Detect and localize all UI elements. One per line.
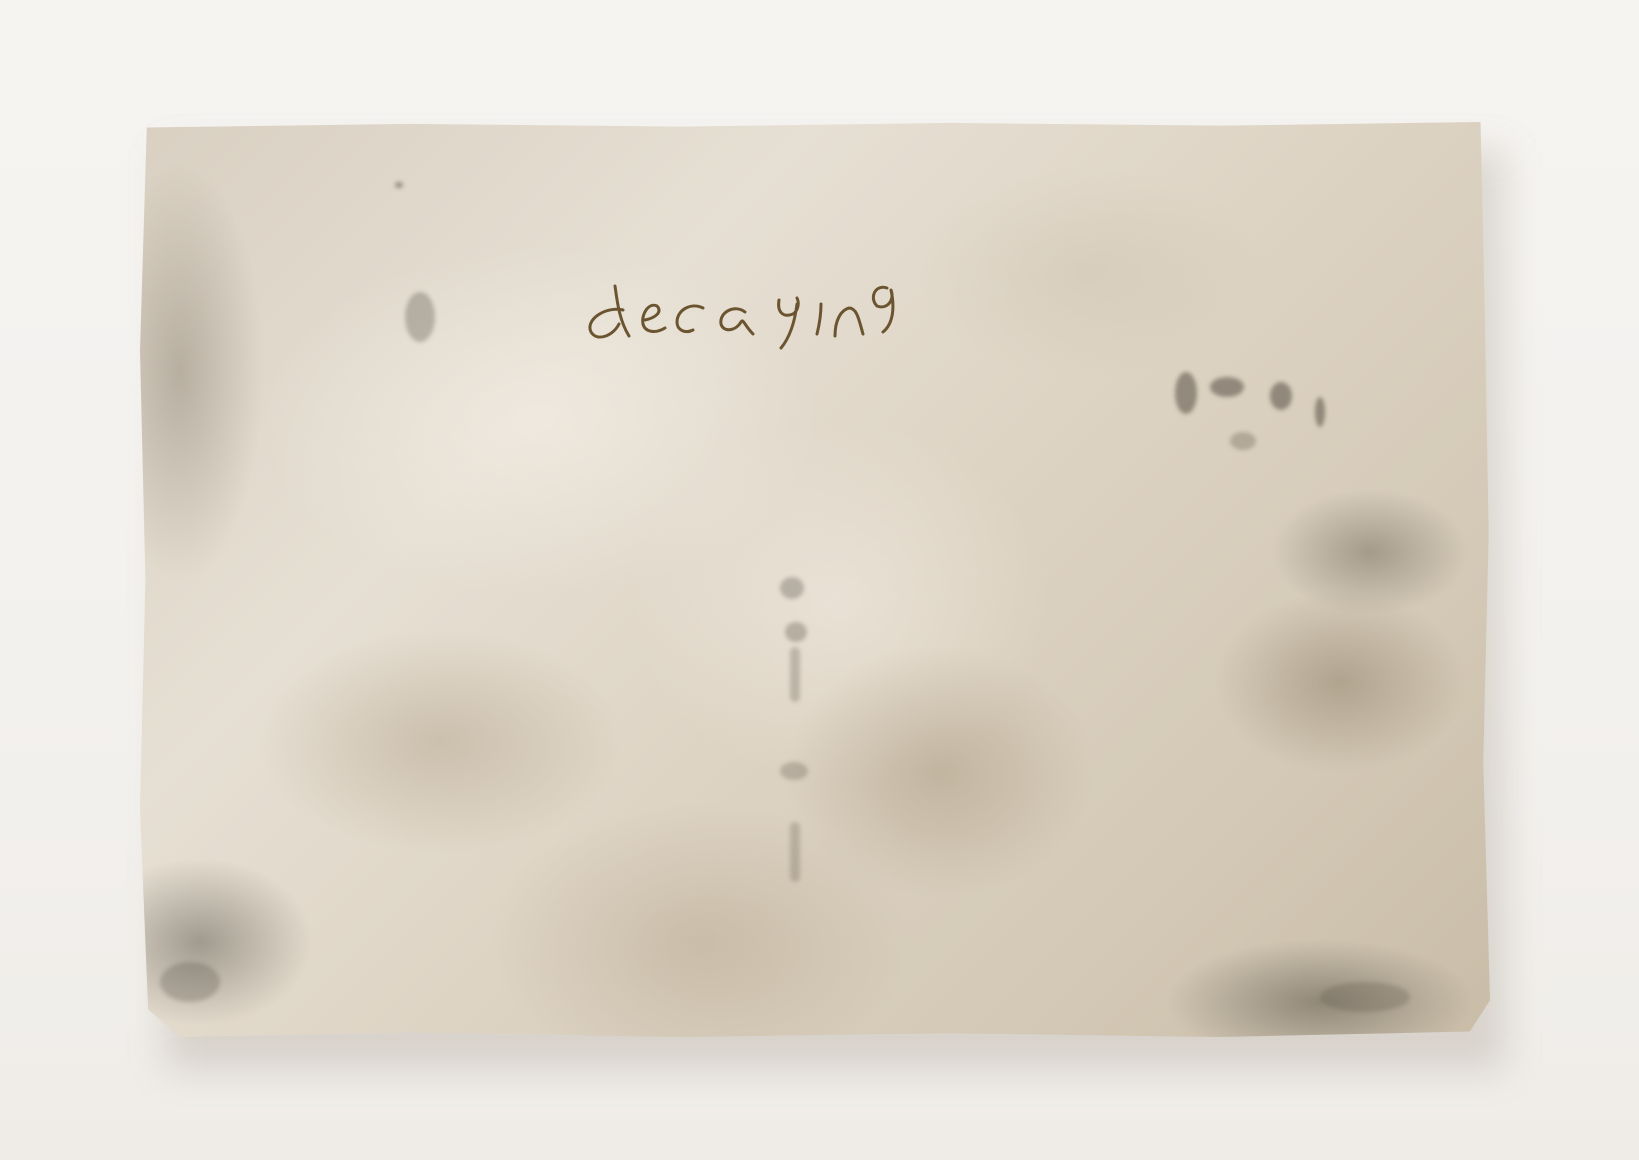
stain bbox=[785, 622, 807, 642]
stain bbox=[1230, 432, 1256, 450]
stain bbox=[405, 292, 435, 342]
stain bbox=[1270, 382, 1292, 410]
stain bbox=[790, 822, 800, 882]
stain bbox=[395, 182, 403, 188]
stain bbox=[1315, 397, 1325, 427]
stain bbox=[1210, 377, 1244, 397]
weathered-slab bbox=[140, 122, 1490, 1037]
stain bbox=[780, 762, 808, 780]
gallery-wall: decaying bbox=[0, 0, 1639, 1160]
stain bbox=[1175, 372, 1197, 414]
stain bbox=[780, 577, 804, 599]
stain bbox=[790, 647, 800, 702]
stain bbox=[1320, 982, 1410, 1012]
inscription-text: decaying bbox=[0, 0, 1, 1]
stain bbox=[160, 962, 220, 1002]
wire-inscription bbox=[585, 280, 1045, 360]
